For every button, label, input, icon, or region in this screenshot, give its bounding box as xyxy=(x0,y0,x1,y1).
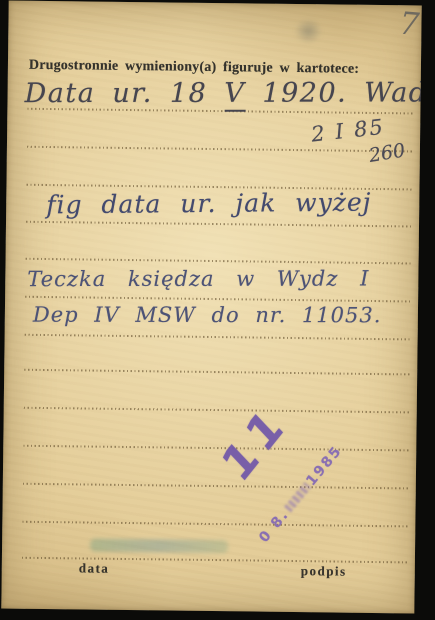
handwritten-ref-number-sub: 260 xyxy=(367,139,406,167)
pencil-page-number: 7 xyxy=(398,6,421,43)
ruled-line xyxy=(26,221,412,227)
handwritten-file-note-2: Dep IV MSW do nr. 11053. xyxy=(33,303,382,328)
birth-date-text-post: 1920. Wadowice xyxy=(245,77,421,108)
ruled-line xyxy=(27,146,413,152)
date-stamp-day: 0 8. xyxy=(256,507,292,546)
ruled-line xyxy=(23,483,409,489)
printed-header: Drugostronnie wymieniony(a) figuruje w k… xyxy=(29,58,359,78)
bleedthrough-smudge xyxy=(90,539,228,554)
scanned-card-photo: 7 Drugostronnie wymieniony(a) figuruje w… xyxy=(0,0,435,620)
signature-label: podpis xyxy=(301,563,347,580)
ruled-line xyxy=(22,521,408,527)
roman-numeral-underlined: V xyxy=(224,78,245,112)
ink-smudge-top xyxy=(289,13,327,49)
handwritten-ref-number: 2 I 85 xyxy=(310,115,386,147)
handwritten-file-note-1: Teczka księdza w Wydz I xyxy=(27,267,369,292)
ruled-line xyxy=(24,369,410,375)
ruled-line xyxy=(26,258,412,264)
birth-date-text-pre: Data ur. 18 xyxy=(25,78,225,109)
date-label: data xyxy=(79,560,110,576)
index-card: 7 Drugostronnie wymieniony(a) figuruje w… xyxy=(1,0,421,613)
handwritten-note-line: fig data ur. jak wyżej xyxy=(46,188,371,220)
ruled-line xyxy=(25,296,411,302)
handwritten-birth-date: Data ur. 18 V 1920. Wadowice xyxy=(25,77,422,109)
ruled-line xyxy=(24,407,410,413)
ruled-line xyxy=(25,334,411,340)
